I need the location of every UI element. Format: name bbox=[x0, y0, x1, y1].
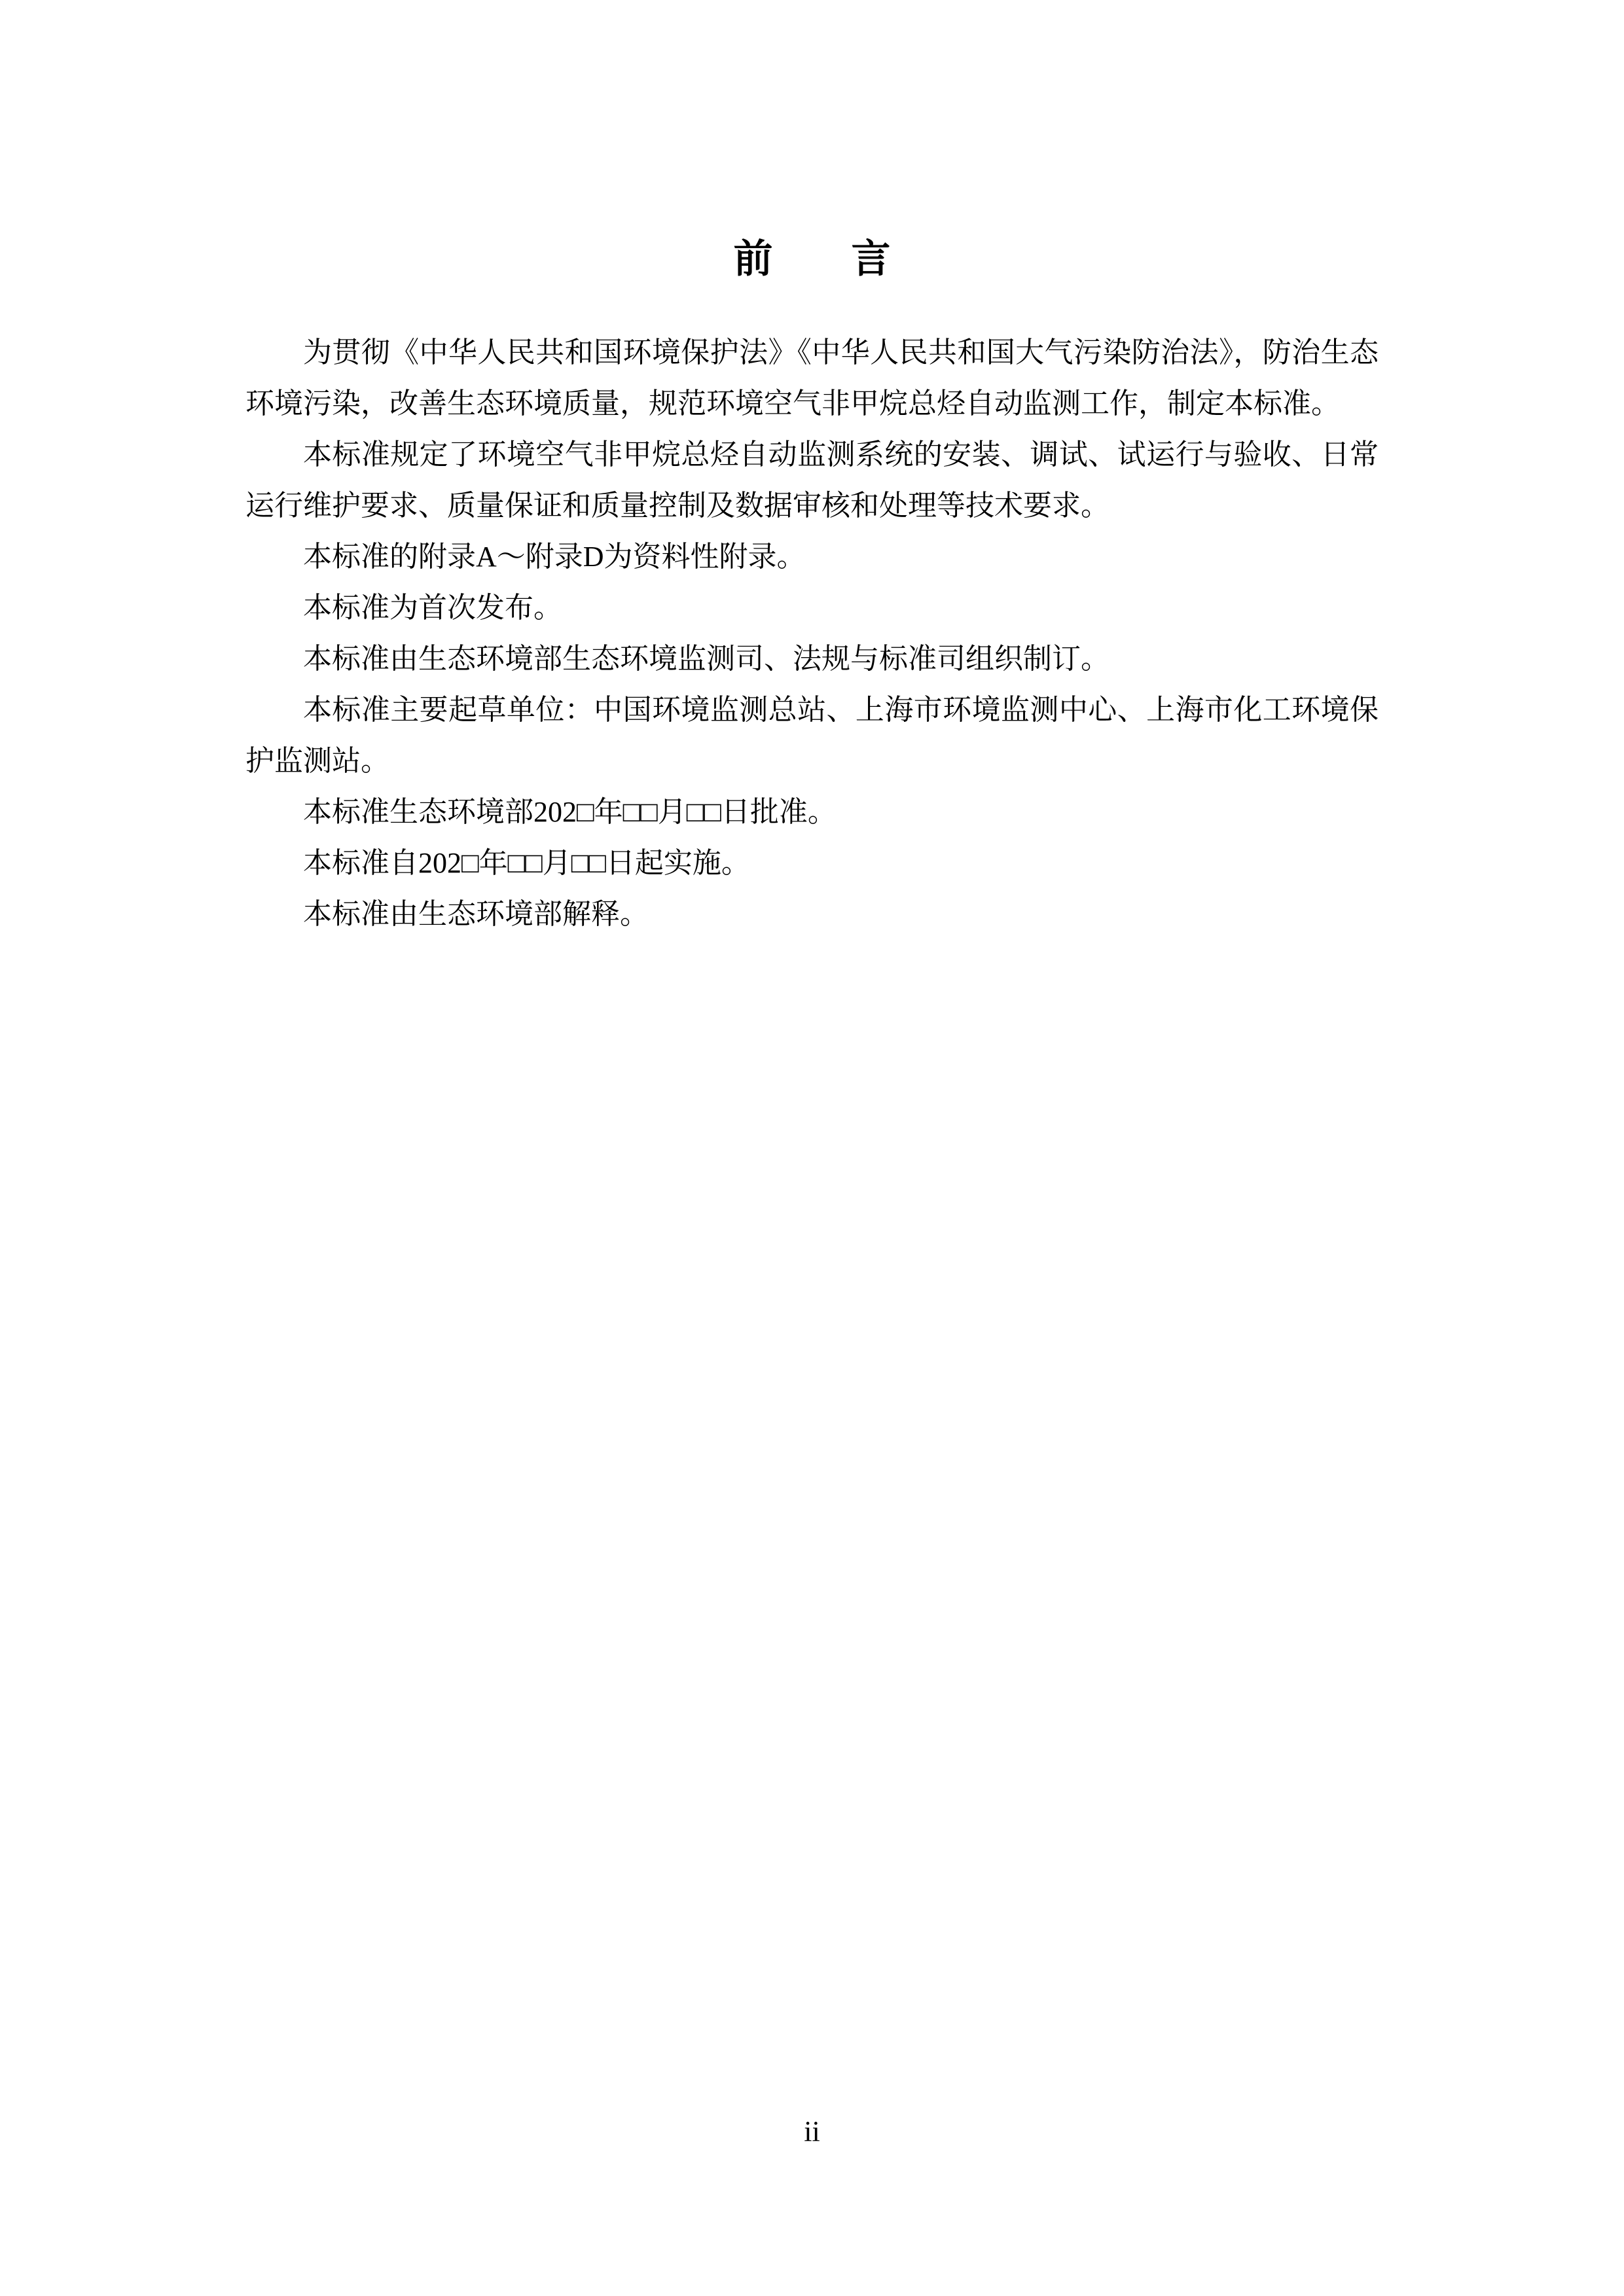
foreword-body: 为贯彻《中华人民共和国环境保护法》《中华人民共和国大气污染防治法》，防治生态环境… bbox=[245, 327, 1379, 940]
document-page: 前 言 为贯彻《中华人民共和国环境保护法》《中华人民共和国大气污染防治法》，防治… bbox=[0, 0, 1624, 2296]
foreword-paragraph-drafting-units: 本标准主要起草单位：中国环境监测总站、上海市环境监测中心、上海市化工环境保护监测… bbox=[245, 685, 1379, 787]
foreword-paragraph-organizers: 本标准由生态环境部生态环境监测司、法规与标准司组织制订。 bbox=[245, 634, 1379, 685]
foreword-paragraph-implementation-date: 本标准自202□年□□月□□日起实施。 bbox=[245, 838, 1379, 889]
foreword-paragraph-first-release: 本标准为首次发布。 bbox=[245, 583, 1379, 634]
foreword-paragraph-purpose: 为贯彻《中华人民共和国环境保护法》《中华人民共和国大气污染防治法》，防治生态环境… bbox=[245, 327, 1379, 429]
foreword-paragraph-interpretation: 本标准由生态环境部解释。 bbox=[245, 889, 1379, 940]
page-number: ii bbox=[0, 2115, 1624, 2148]
foreword-paragraph-appendices: 本标准的附录A～附录D为资料性附录。 bbox=[245, 531, 1379, 583]
foreword-paragraph-scope: 本标准规定了环境空气非甲烷总烃自动监测系统的安装、调试、试运行与验收、日常运行维… bbox=[245, 429, 1379, 531]
foreword-paragraph-approval-date: 本标准生态环境部202□年□□月□□日批准。 bbox=[245, 787, 1379, 838]
page-title: 前 言 bbox=[0, 233, 1624, 285]
